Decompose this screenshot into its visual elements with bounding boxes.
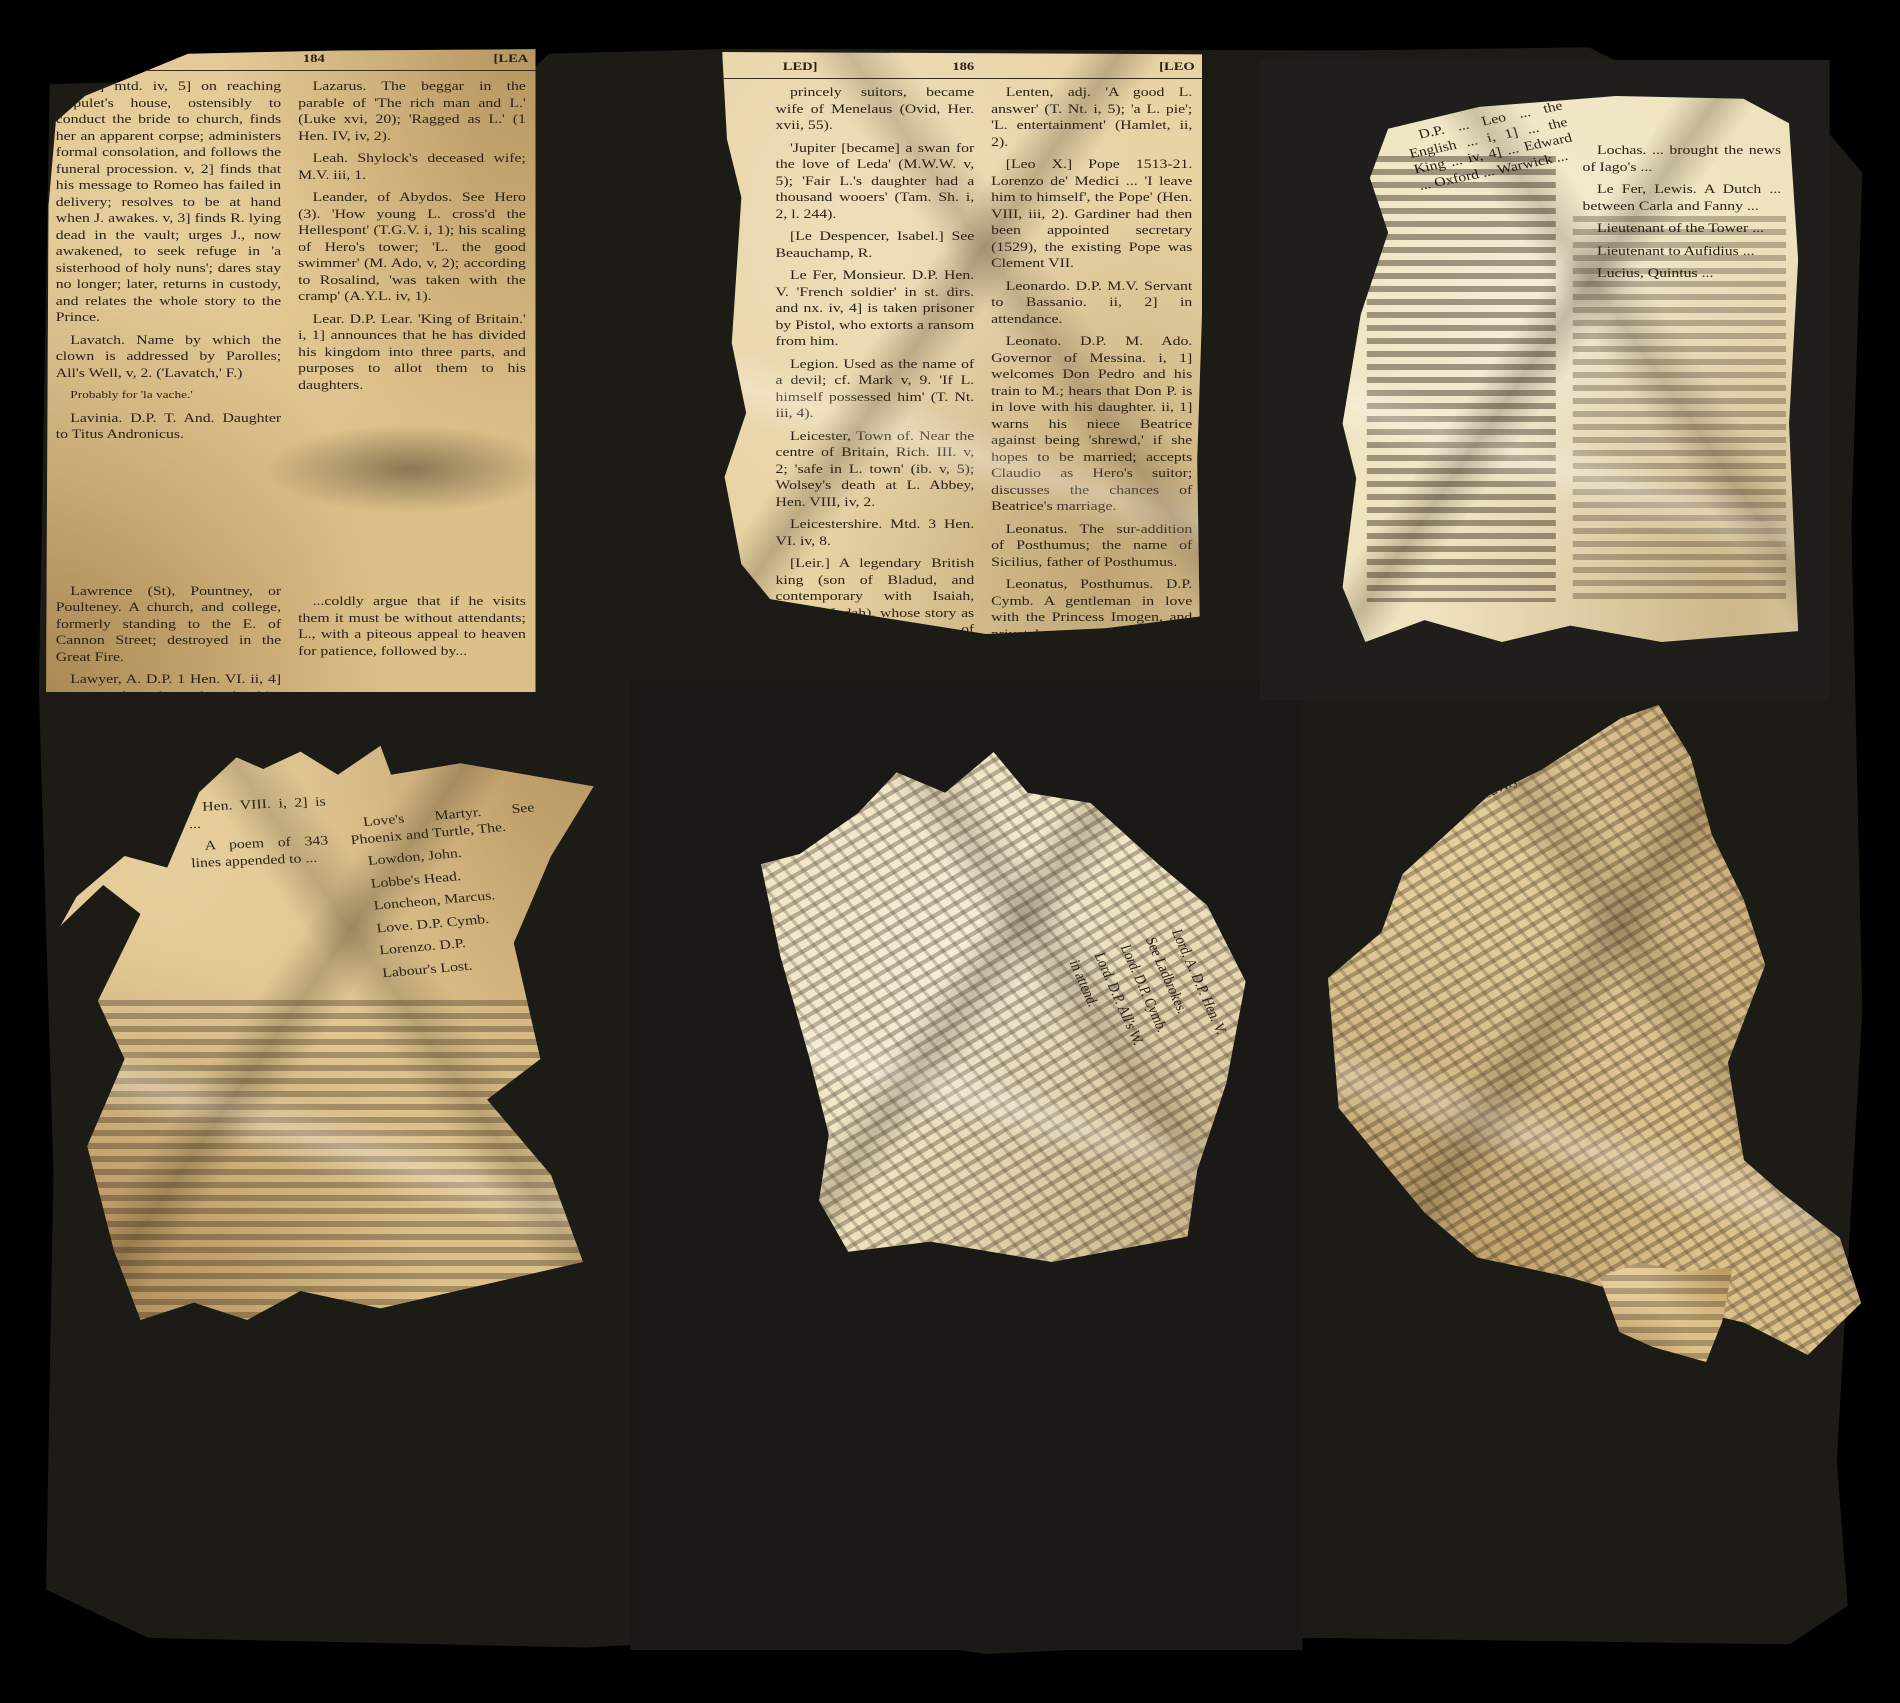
torn-page-right: D.P. ... Leo ... the English ... i, 1] .… [1343,96,1799,642]
dictionary-entry: v, 2] mtd. iv, 5] on reaching Capulet's … [56,78,281,326]
collage: 184 [LEA v, 2] mtd. iv, 5] on reaching C… [0,0,1900,1703]
text-column: Lazarus. The beggar in the parable of 'T… [288,72,535,692]
dictionary-entry: Lear. D.P. Lear. 'King of Britain.' i, 1… [298,311,526,394]
footnote: Probably for 'la vache.' [56,387,281,404]
dictionary-entry: ...coldly argue that if he visits them i… [298,593,526,659]
dictionary-entry: Leah. Shylock's deceased wife; M.V. iii,… [298,150,526,183]
running-head: [LEA [494,51,529,66]
dictionary-entry: Lawrence (St), Pountney, or Poulteney. A… [56,583,281,666]
paper-fold-shading [1343,96,1799,642]
torn-page-left: 184 [LEA v, 2] mtd. iv, 5] on reaching C… [46,44,536,692]
dictionary-entry: Lazarus. The beggar in the parable of 'T… [298,78,526,144]
paper-fold-shading [722,52,1202,634]
dictionary-entry: Lavinia. D.P. T. And. Daughter to Titus … [56,410,281,443]
page-number: 184 [303,51,325,66]
dictionary-entry: Lawyer, A. D.P. 1 Hen. VI. ii, 4] presen… [56,671,281,692]
dictionary-entry: Lavatch. Name by which the clown is addr… [56,332,281,382]
text-column: v, 2] mtd. iv, 5] on reaching Capulet's … [46,72,291,692]
page-header: 184 [LEA [46,48,536,71]
ink-smudge [264,424,535,514]
dictionary-entry: Leander, of Abydos. See Hero (3). 'How y… [298,189,526,305]
torn-page-center: LED] 186 [LEO princely suitors, became w… [722,52,1202,634]
